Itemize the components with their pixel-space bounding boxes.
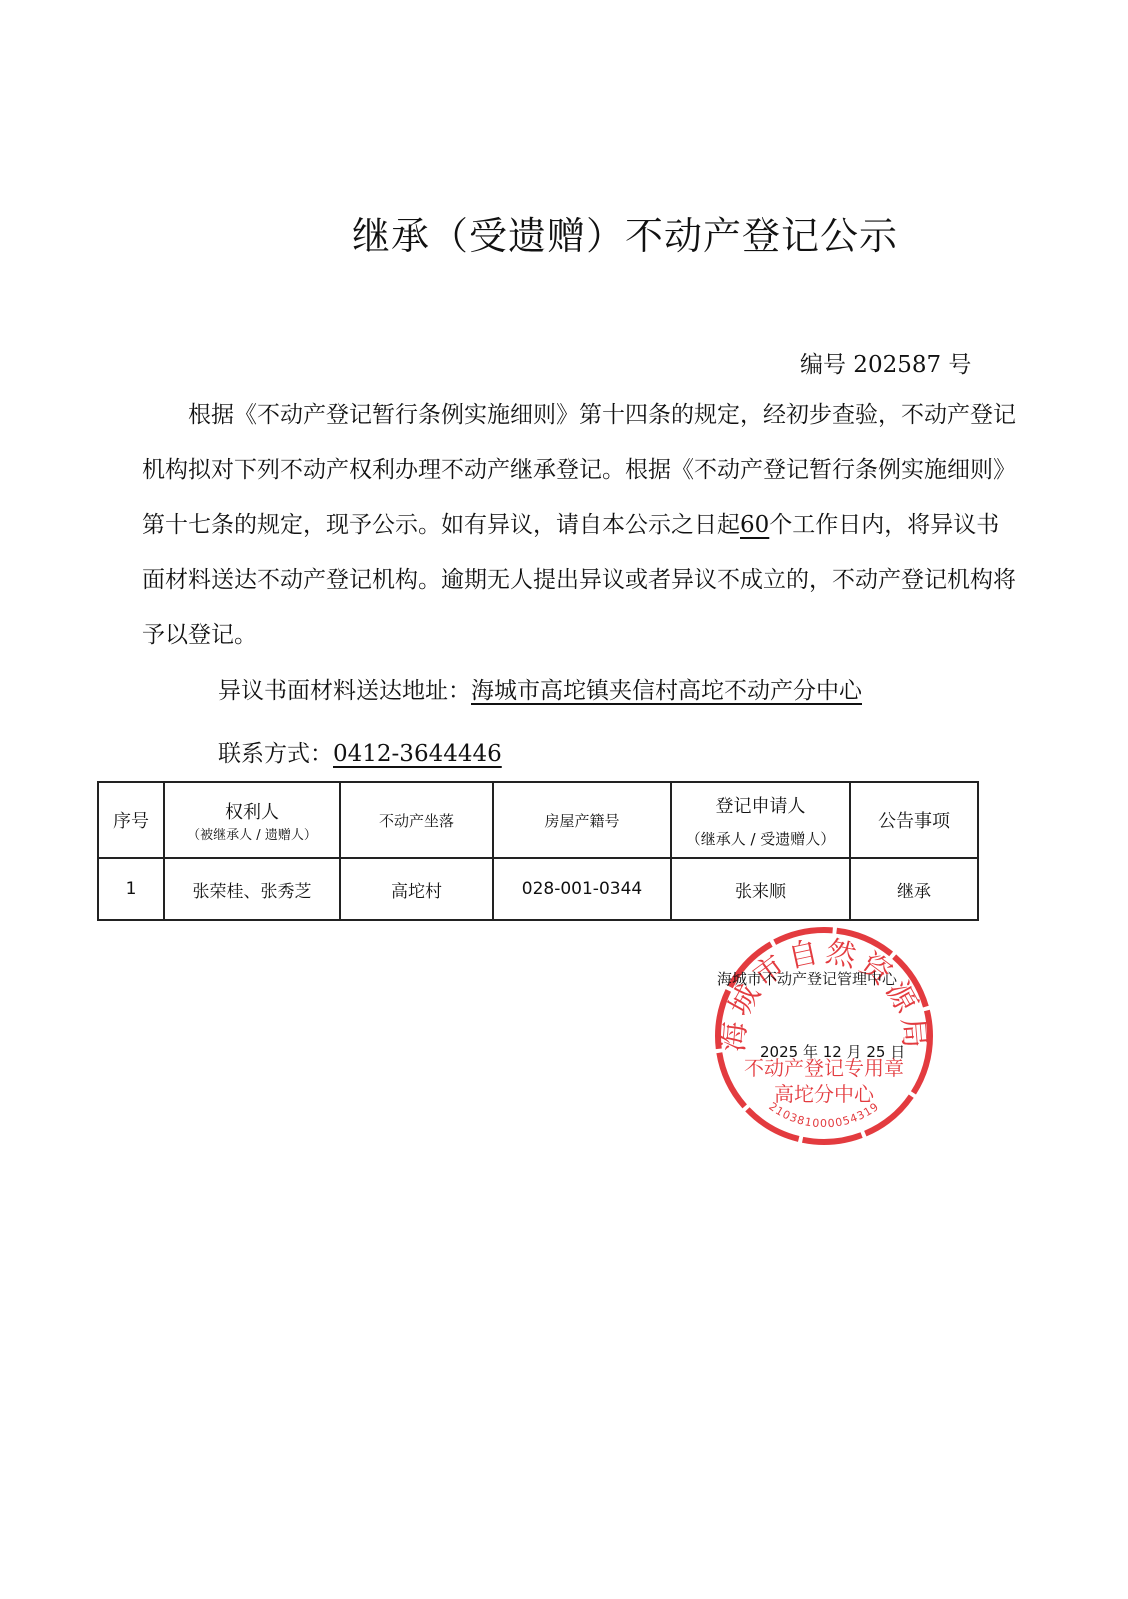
document-title: 继承（受遗赠）不动产登记公示 xyxy=(0,205,1128,260)
header-holder: 权利人 （被继承人 / 遗赠人） xyxy=(164,782,340,858)
svg-text:海城市自然资源局: 海城市自然资源局 xyxy=(716,934,932,1053)
header-applicant-label: 登记申请人 xyxy=(672,792,849,818)
cell-holder: 张荣桂、张秀芝 xyxy=(164,858,340,920)
table-header-row: 序号 权利人 （被继承人 / 遗赠人） 不动产坐落 房屋产籍号 登记申请人 （继… xyxy=(98,782,978,858)
address-line: 异议书面材料送达地址：海城市高坨镇夹信村高坨不动产分中心 xyxy=(218,672,862,705)
registration-table: 序号 权利人 （被继承人 / 遗赠人） 不动产坐落 房屋产籍号 登记申请人 （继… xyxy=(97,781,979,921)
cell-matter: 继承 xyxy=(850,858,978,920)
seal-line-2: 高坨分中心 xyxy=(774,1082,875,1106)
official-seal-icon: 海城市自然资源局 不动产登记专用章 高坨分中心 210381000054319 xyxy=(713,925,935,1147)
header-matter: 公告事项 xyxy=(850,782,978,858)
header-applicant-sub: （继承人 / 受遗赠人） xyxy=(672,828,849,849)
address-value: 海城市高坨镇夹信村高坨不动产分中心 xyxy=(471,678,862,704)
contact-label: 联系方式： xyxy=(218,741,333,767)
seal-arc-text: 海城市自然资源局 xyxy=(716,934,932,1053)
svg-text:210381000054319: 210381000054319 xyxy=(766,1100,881,1130)
seal-code: 210381000054319 xyxy=(766,1100,881,1130)
header-seq: 序号 xyxy=(98,782,164,858)
contact-line: 联系方式：0412-3644446 xyxy=(218,735,502,768)
objection-days: 60 xyxy=(740,512,769,538)
notice-paragraph: 根据《不动产登记暂行条例实施细则》第十四条的规定，经初步查验，不动产登记机构拟对… xyxy=(142,388,1022,663)
contact-value: 0412-3644446 xyxy=(333,741,502,767)
header-applicant: 登记申请人 （继承人 / 受遗赠人） xyxy=(671,782,850,858)
header-holder-sub: （被继承人 / 遗赠人） xyxy=(165,824,339,843)
address-label: 异议书面材料送达地址： xyxy=(218,678,471,704)
cell-applicant: 张来顺 xyxy=(671,858,850,920)
issuer-name: 海城市不动产登记管理中心 xyxy=(717,968,897,989)
cell-location: 高坨村 xyxy=(340,858,493,920)
table-row: 1 张荣桂、张秀芝 高坨村 028-001-0344 张来顺 继承 xyxy=(98,858,978,920)
cell-house-no: 028-001-0344 xyxy=(493,858,671,920)
header-location: 不动产坐落 xyxy=(340,782,493,858)
header-holder-label: 权利人 xyxy=(165,798,339,824)
cell-seq: 1 xyxy=(98,858,164,920)
header-house-no: 房屋产籍号 xyxy=(493,782,671,858)
issue-date: 2025 年 12 月 25 日 xyxy=(760,1041,905,1062)
document-number: 编号 202587 号 xyxy=(800,346,971,379)
